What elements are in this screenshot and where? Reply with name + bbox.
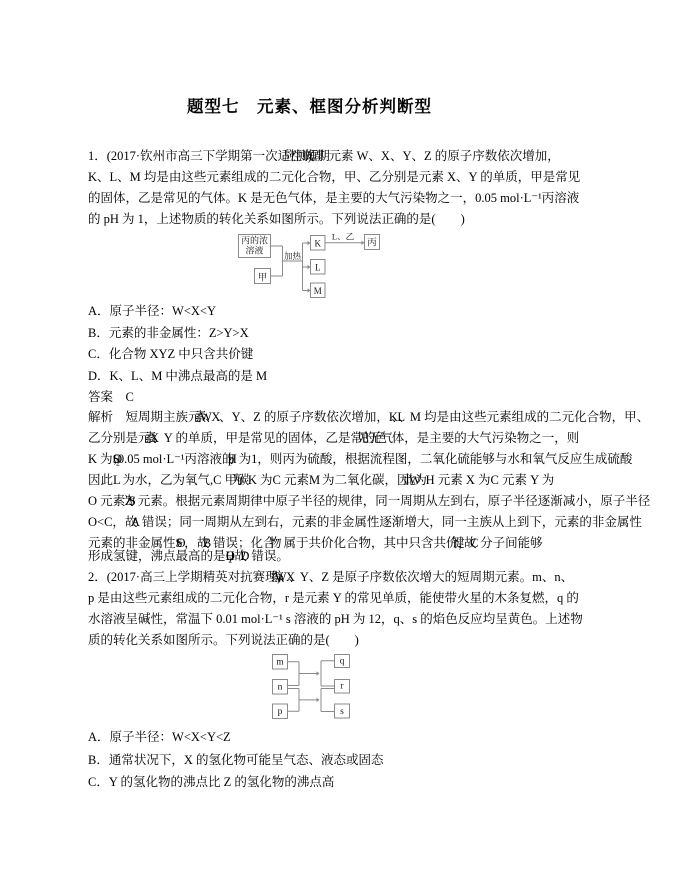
- box-bing-solution-label-1: 丙的浓: [241, 235, 268, 246]
- box-jia-label: 甲: [258, 273, 268, 284]
- box-dp-label: p: [278, 707, 283, 717]
- q1-option-3: D．K、L、M 中沸点最高的是 M: [88, 366, 648, 388]
- q1-option-1: B．元素的非金属性：Z>Y>X: [88, 323, 648, 345]
- document-content: 题型七 元素、框图分析判断型 1．(2017·钦州市高三下学期第一次适应性测试)…: [88, 0, 648, 794]
- box-k-label: K: [315, 239, 322, 249]
- reaction-diagram-2-svg: m n p q r s: [266, 651, 376, 721]
- analysis-line-5: O<C，故A 错误；同一周期从左到右，元素的非金属性逐渐增大，同一主族从上到下，…: [88, 512, 648, 533]
- text-line-0: 2．(2017·高三上学期精英对抗赛理综)W、X、Y、Z 是原子序数依次增大的短…: [88, 567, 648, 588]
- reaction-diagram-1-svg: 丙的浓 溶液 甲 K L M 丙 加热 L、乙: [238, 230, 398, 302]
- exam-document-page: 题型七 元素、框图分析判断型 1．(2017·钦州市高三下学期第一次适应性测试)…: [0, 0, 700, 877]
- q1-option-0: A．原子半径：W<X<Y: [88, 301, 648, 323]
- box-m-label: M: [314, 286, 322, 296]
- answer-line: 答案 C: [88, 387, 648, 409]
- heat-label: 加热: [284, 251, 302, 261]
- text-line-3: 的 pH 为 1，上述物质的转化关系如图所示。下列说法正确的是( ): [88, 209, 648, 230]
- question-1-stem: 1．(2017·钦州市高三下学期第一次适应性测试)短周期元素 W、X、Y、Z 的…: [88, 146, 648, 230]
- text-line-1: p 是由这些元素组成的二元化合物，r 是元素 Y 的常见单质，能使带火星的木条复…: [88, 588, 648, 609]
- diagram2-connectors: [288, 660, 335, 711]
- box-bing-label: 丙: [367, 238, 377, 249]
- text-line-3: 质的转化关系如图所示。下列说法正确的是( ): [88, 630, 648, 651]
- analysis-line-1: 乙分别是元素X、Y 的单质，甲是常见的固体，乙是常见的无色气体，是主要的大气污染…: [88, 428, 648, 449]
- box-dm-label: m: [276, 657, 284, 667]
- analysis-line-3: 因此L 为水，乙为氧气,C 甲为碳K 为C 元素M 为二氧化碳，因此W为H 元素…: [88, 470, 648, 491]
- answer-value: C: [126, 390, 134, 404]
- text-line-2: 水溶液呈碱性，常温下 0.01 mol·L⁻¹ s 溶液的 pH 为 12，q、…: [88, 609, 648, 630]
- text-line-1: K、L、M 均是由这些元素组成的二元化合物，甲、乙分别是元素 X、Y 的单质，甲…: [88, 167, 648, 188]
- analysis-line-2: K 为SO₂,0.05 mol·L⁻¹丙溶液的pH 为1，则丙为硫酸，根据流程图…: [88, 449, 648, 470]
- q2-option-0: A．原子半径：W<X<Y<Z: [88, 726, 648, 749]
- text-line-0: 1．(2017·钦州市高三下学期第一次适应性测试)短周期元素 W、X、Y、Z 的…: [88, 146, 648, 167]
- arrowhead-top: [317, 671, 320, 675]
- box-bing-solution-label-2: 溶液: [245, 245, 263, 256]
- analysis-line-4: O 元素Z 为S 元素。根据元素周期律中原子半径的规律，同一周期从左到右，原子半…: [88, 491, 648, 512]
- question-2-stem: 2．(2017·高三上学期精英对抗赛理综)W、X、Y、Z 是原子序数依次增大的短…: [88, 567, 648, 651]
- answer-label: 答案: [88, 390, 113, 404]
- q2-option-1: B．通常状况下，X 的氢化物可能呈气态、液态或固态: [88, 749, 648, 772]
- box-dr-label: r: [340, 681, 344, 691]
- reaction-diagram-1: 丙的浓 溶液 甲 K L M 丙 加热 L、乙: [88, 230, 648, 299]
- analysis-section: 解析 短周期主族元素W、X、Y、Z 的原子序数依次增加，K、L、M 均是由这些元…: [88, 407, 648, 567]
- q2-option-2: C．Y 的氢化物的沸点比 Z 的氢化物的沸点高: [88, 771, 648, 794]
- question-2-options: A．原子半径：W<X<Y<ZB．通常状况下，X 的氢化物可能呈气态、液态或固态C…: [88, 726, 648, 794]
- box-dq-label: q: [340, 656, 345, 666]
- box-l-label: L: [315, 263, 321, 273]
- analysis-line-0: 解析 短周期主族元素W、X、Y、Z 的原子序数依次增加，K、L、M 均是由这些元…: [88, 407, 648, 428]
- page-title: 题型七 元素、框图分析判断型: [187, 96, 648, 118]
- reaction-diagram-2: m n p q r s: [88, 651, 648, 721]
- arrow-label-l-yi: L、乙: [332, 232, 355, 242]
- q1-option-2: C．化合物 XYZ 中只含共价键: [88, 344, 648, 366]
- question-1-options: A．原子半径：W<X<YB．元素的非金属性：Z>Y>XC．化合物 XYZ 中只含…: [88, 301, 648, 387]
- box-dn-label: n: [278, 682, 283, 692]
- text-line-2: 的固体，乙是常见的气体。K 是无色气体，是主要的大气污染物之一，0.05 mol…: [88, 188, 648, 209]
- arrowhead-bottom: [317, 697, 320, 701]
- box-ds-label: s: [340, 707, 344, 717]
